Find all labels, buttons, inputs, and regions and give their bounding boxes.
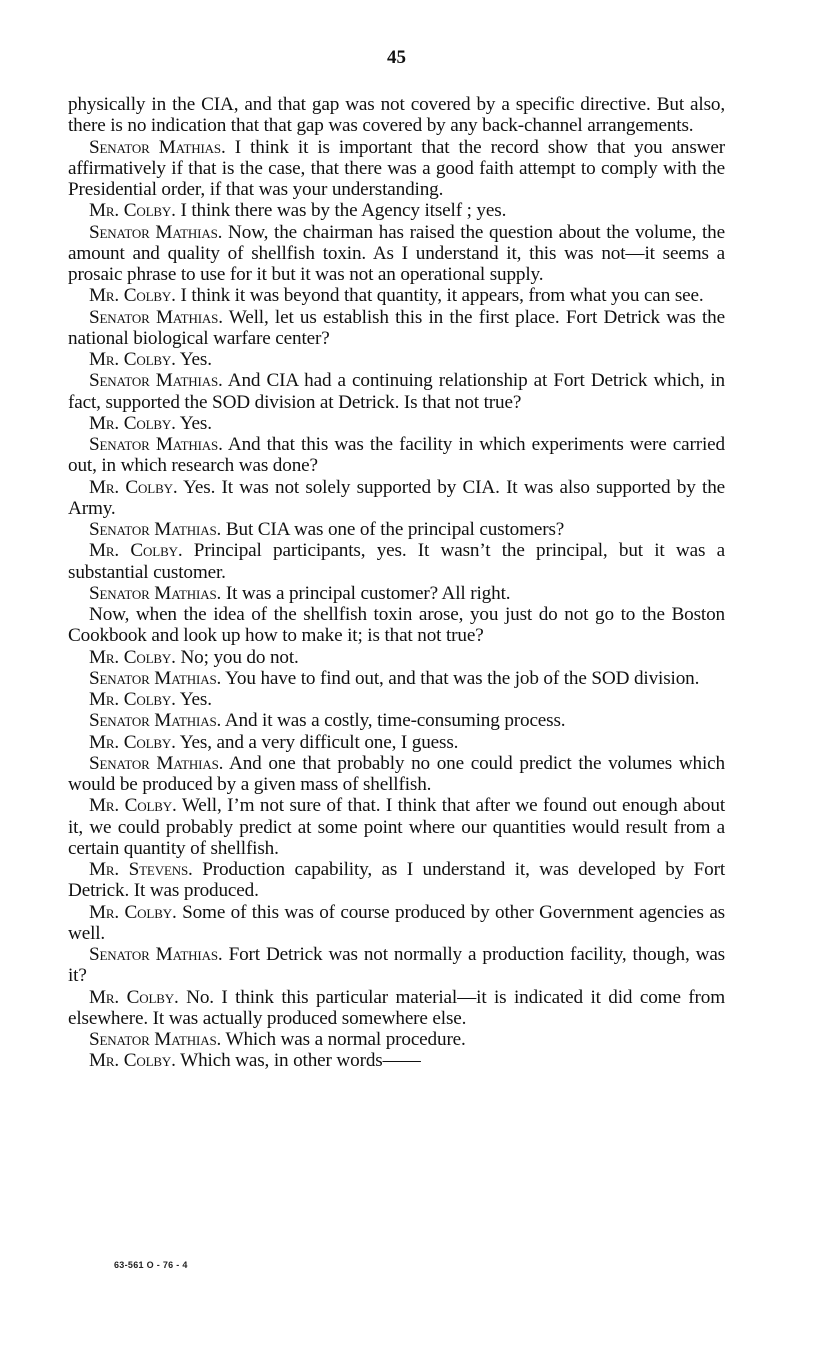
paragraph-text: physically in the CIA, and that gap was …	[68, 94, 725, 136]
speaker-name: Senator Mathias.	[89, 583, 221, 604]
transcript-paragraph: Mr. Colby. No. I think this particular m…	[68, 987, 725, 1030]
paragraph-text: I think there was by the Agency itself ;…	[176, 200, 506, 221]
transcript-paragraph: Mr. Colby. Some of this was of course pr…	[68, 902, 725, 945]
paragraph-text: And it was a costly, time-consuming proc…	[221, 710, 565, 731]
paragraph-text: Yes.	[176, 349, 212, 370]
paragraph-text: Yes.	[176, 413, 212, 434]
speaker-name: Senator Mathias.	[89, 370, 223, 391]
transcript-paragraph: Mr. Colby. Yes. It was not solely suppor…	[68, 477, 725, 520]
paragraph-text: But CIA was one of the principal custome…	[221, 519, 564, 540]
speaker-name: Mr. Colby.	[89, 902, 177, 923]
speaker-name: Mr. Colby.	[89, 349, 176, 370]
transcript-paragraph: Mr. Colby. Yes.	[68, 689, 725, 710]
speaker-name: Mr. Colby.	[89, 987, 179, 1008]
speaker-name: Senator Mathias.	[89, 710, 221, 731]
transcript-paragraph: Mr. Colby. Principal participants, yes. …	[68, 540, 725, 583]
transcript-paragraph: Mr. Colby. Well, I’m not sure of that. I…	[68, 795, 725, 859]
speaker-name: Mr. Colby.	[89, 689, 176, 710]
transcript-paragraph: Mr. Colby. Yes.	[68, 349, 725, 370]
speaker-name: Mr. Colby.	[89, 732, 176, 753]
speaker-name: Senator Mathias.	[89, 222, 222, 243]
paragraph-text: Yes, and a very difficult one, I guess.	[176, 732, 458, 753]
speaker-name: Senator Mathias.	[89, 137, 226, 158]
speaker-name: Mr. Colby.	[89, 413, 176, 434]
transcript-paragraph: Mr. Colby. Which was, in other words——	[68, 1050, 725, 1071]
speaker-name: Mr. Colby.	[89, 285, 176, 306]
transcript-paragraph: Senator Mathias. I think it is important…	[68, 137, 725, 201]
transcript-paragraph: Mr. Stevens. Production capability, as I…	[68, 859, 725, 902]
transcript-paragraph: Senator Mathias. Fort Detrick was not no…	[68, 944, 725, 987]
speaker-name: Mr. Colby.	[89, 1050, 176, 1071]
speaker-name: Senator Mathias.	[89, 519, 221, 540]
transcript-paragraph: Senator Mathias. You have to find out, a…	[68, 668, 725, 689]
transcript-paragraph: Senator Mathias. Which was a normal proc…	[68, 1029, 725, 1050]
speaker-name: Mr. Stevens.	[89, 859, 193, 880]
transcript-paragraph: Mr. Colby. Yes.	[68, 413, 725, 434]
paragraph-text: Which was a normal procedure.	[221, 1029, 466, 1050]
paragraph-text: You have to find out, and that was the j…	[221, 668, 699, 689]
transcript-paragraph: Mr. Colby. Yes, and a very difficult one…	[68, 732, 725, 753]
speaker-name: Senator Mathias.	[89, 753, 223, 774]
speaker-name: Senator Mathias.	[89, 668, 221, 689]
speaker-name: Mr. Colby.	[89, 647, 176, 668]
transcript-paragraph: Senator Mathias. Well, let us establish …	[68, 307, 725, 350]
speaker-name: Mr. Colby.	[89, 540, 182, 561]
paragraph-text: No; you do not.	[176, 647, 299, 668]
speaker-name: Mr. Colby.	[89, 795, 177, 816]
speaker-name: Senator Mathias.	[89, 944, 223, 965]
document-page: 45 physically in the CIA, and that gap w…	[68, 46, 725, 1072]
transcript-paragraph: Now, when the idea of the shellfish toxi…	[68, 604, 725, 647]
transcript-paragraph: physically in the CIA, and that gap was …	[68, 94, 725, 137]
page-number: 45	[68, 46, 725, 70]
print-code-footer: 63-561 O - 76 - 4	[114, 1260, 188, 1270]
transcript-paragraph: Senator Mathias. And one that probably n…	[68, 753, 725, 796]
transcript-paragraph: Mr. Colby. I think it was beyond that qu…	[68, 285, 725, 306]
transcript-paragraph: Senator Mathias. And that this was the f…	[68, 434, 725, 477]
transcript-paragraph: Senator Mathias. And it was a costly, ti…	[68, 710, 725, 731]
speaker-name: Mr. Colby.	[89, 200, 176, 221]
speaker-name: Mr. Colby.	[89, 477, 178, 498]
transcript-paragraph: Mr. Colby. I think there was by the Agen…	[68, 200, 725, 221]
paragraph-text: It was a principal customer? All right.	[221, 583, 510, 604]
transcript-paragraph: Senator Mathias. Now, the chairman has r…	[68, 222, 725, 286]
transcript-paragraph: Senator Mathias. It was a principal cust…	[68, 583, 725, 604]
paragraph-text: Yes.	[176, 689, 212, 710]
hearing-transcript: physically in the CIA, and that gap was …	[68, 94, 725, 1072]
speaker-name: Senator Mathias.	[89, 1029, 221, 1050]
speaker-name: Senator Mathias.	[89, 434, 223, 455]
transcript-paragraph: Mr. Colby. No; you do not.	[68, 647, 725, 668]
transcript-paragraph: Senator Mathias. But CIA was one of the …	[68, 519, 725, 540]
speaker-name: Senator Mathias.	[89, 307, 223, 328]
paragraph-text: Now, when the idea of the shellfish toxi…	[68, 604, 725, 646]
transcript-paragraph: Senator Mathias. And CIA had a continuin…	[68, 370, 725, 413]
paragraph-text: I think it was beyond that quantity, it …	[176, 285, 704, 306]
paragraph-text: Which was, in other words——	[176, 1050, 421, 1071]
